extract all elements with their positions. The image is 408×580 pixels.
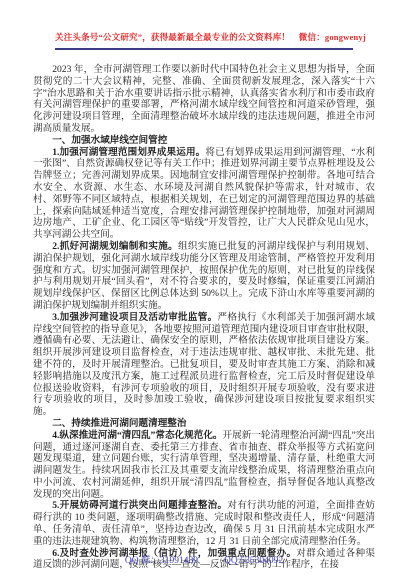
paragraph-5-lead: 5.开展妨碍河道行洪突出问题排查整治。: [52, 500, 227, 511]
paragraph-2-lead: 2.抓好河湖规划编制和实施。: [52, 241, 178, 252]
qq-group-number: QQ 群：31991489: [125, 556, 198, 566]
paragraph-4: 4.纵深推进河湖“清四乱”常态化规范化。开展新一轮清理整治河湖“四乱”突出问题，…: [33, 430, 375, 501]
header-promo-text: 关注头条号“公文研究”，获得最新最全最专业的公文资料库！ 微信：gongweny…: [55, 32, 366, 42]
paragraph-2: 2.抓好河湖规划编制和实施。组织实施已批复的河湖岸线保护与利用规划、湖泊保护规划…: [33, 241, 375, 312]
header-banner: 关注头条号“公文研究”，获得最新最全最专业的公文资料库！ 微信：gongweny…: [55, 27, 353, 50]
section-1-heading: 一、加强水域岸线空间管控: [33, 135, 375, 147]
document-page: 关注头条号“公文研究”，获得最新最全最专业的公文资料库！ 微信：gongweny…: [0, 0, 408, 580]
paragraph-1-lead: 1.加强河湖管理范围划界成果运用。: [52, 147, 205, 158]
paragraph-3: 3.加强涉河建设项目及活动审批监管。严格执行《水利部关于加强河湖水域岸线空间管控…: [33, 312, 375, 418]
paragraph-5: 5.开展妨碍河道行洪突出问题排查整治。对有行洪功能的河道，全面排查妨碍行洪的 1…: [33, 500, 375, 547]
paragraph-1: 1.加强河湖管理范围划界成果运用。将已有划界成果运用到河湖管理、“水利一张图”、…: [33, 147, 375, 241]
paragraph-3-text: 严格执行《水利部关于加强河湖水域岸线空间管控的指导意见》，各地要按照河道管理范围…: [33, 312, 375, 417]
footer-contact: QQ 群：31991489QQ:535304092: [0, 552, 408, 566]
paragraph-3-lead: 3.加强涉河建设项目及活动审批监管。: [52, 312, 217, 323]
paragraph-4-lead: 4.纵深推进河湖“清四乱”常态化规范化。: [52, 430, 222, 441]
qq-number: QQ:535304092: [224, 556, 283, 566]
paragraph-1-text: 将已有划界成果运用到河湖管理、“水利一张图”、自然资源确权登记等有关工作中；推进…: [33, 147, 375, 241]
section-2-heading: 二、持续推进河湖问题清理整治: [33, 418, 375, 430]
document-body: 2023 年，全市河湖管理工作要以新时代中国特色社会主义思想为指导，全面贯彻党的…: [33, 64, 375, 571]
intro-paragraph: 2023 年，全市河湖管理工作要以新时代中国特色社会主义思想为指导，全面贯彻党的…: [33, 64, 375, 135]
